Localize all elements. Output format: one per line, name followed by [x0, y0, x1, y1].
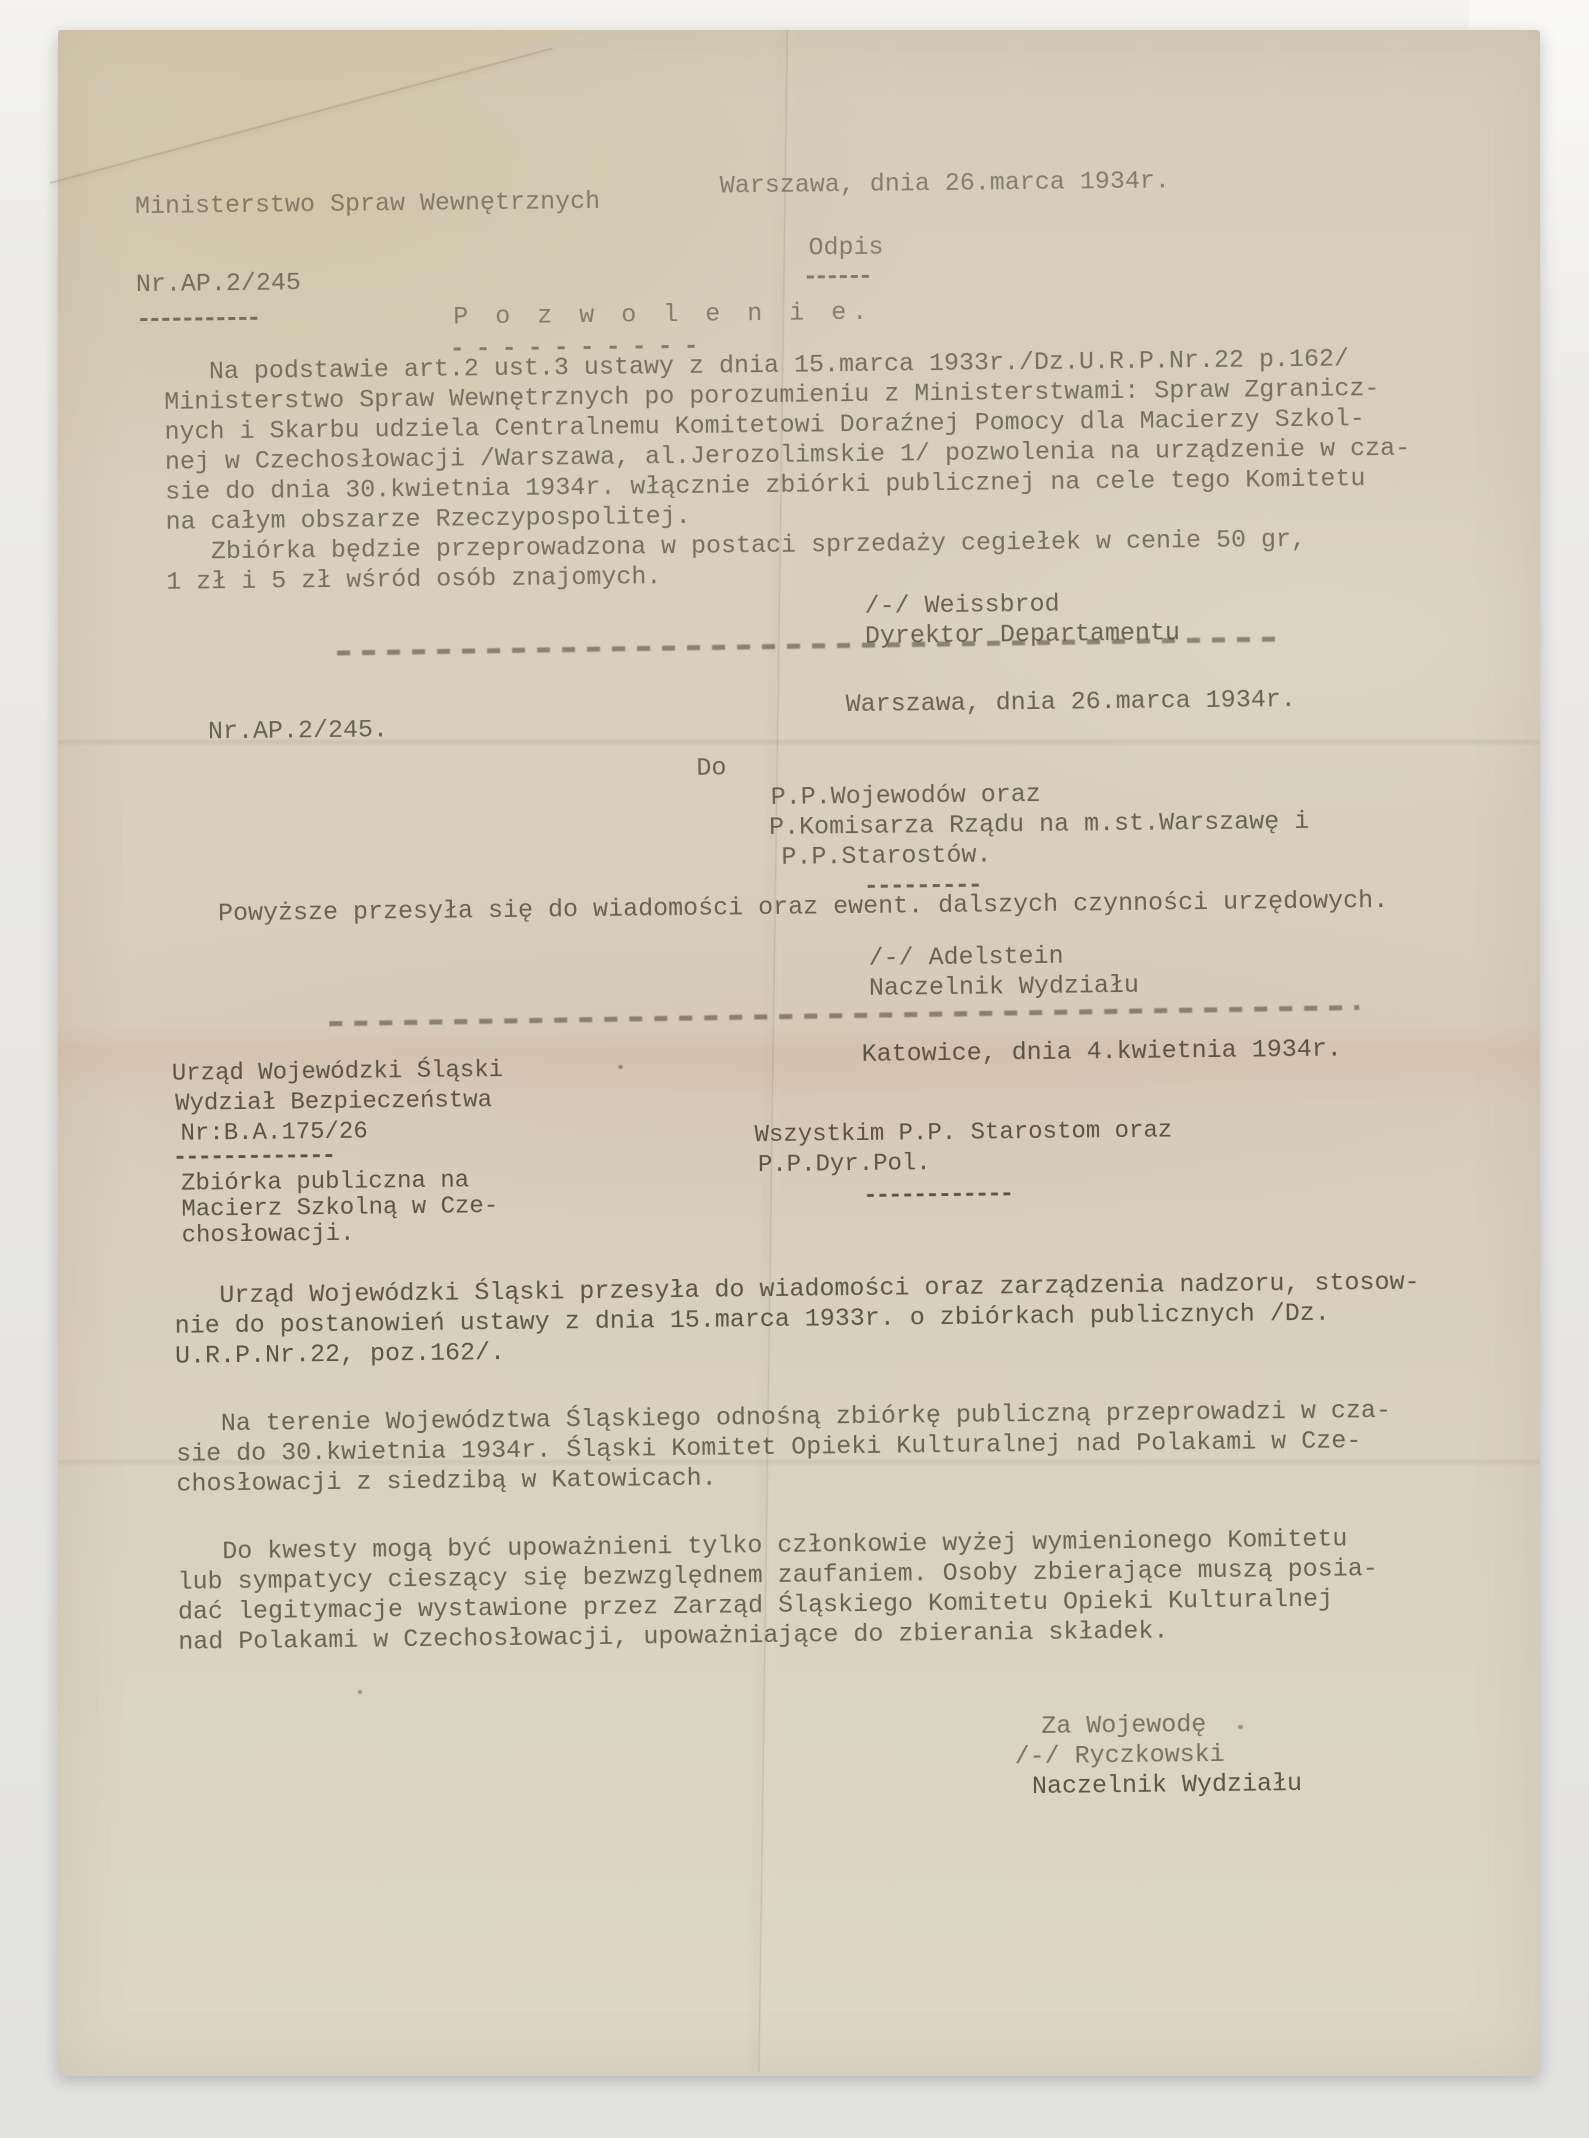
s1-ref-number: Nr.AP.2/245 [136, 269, 301, 300]
s1-ref-underline: ----------- [136, 305, 257, 335]
s2-signature-title: Naczelnik Wydziału [869, 972, 1139, 1004]
s1-signature: /-/ Weissbrod [864, 591, 1059, 622]
document-paper: Ministerstwo Spraw Wewnętrznych Warszawa… [58, 30, 1540, 2076]
s1-title: P o z w o l e n i e. [453, 299, 873, 333]
s1-copy-label: Odpis [808, 234, 883, 264]
s3-subject-line: Macierz Szkolną w Cze- [181, 1193, 498, 1224]
s2-recipient-line: P.Komisarza Rządu na m.st.Warszawę i [769, 808, 1309, 843]
s1-body-line: 1 zł i 5 zł wśród osób znajomych. [166, 563, 661, 597]
s2-salutation: Do [696, 754, 726, 783]
s1-copy-underline: ------ [803, 263, 869, 292]
s3-recipients-underline: ------------ [863, 1181, 1012, 1210]
s1-sender: Ministerstwo Spraw Wewnętrznych [135, 188, 600, 222]
s2-ref-number: Nr.AP.2/245. [208, 716, 388, 747]
s1-date: Warszawa, dnia 26.marca 1934r. [720, 167, 1170, 201]
s3-sender-underline: ------------- [173, 1143, 335, 1172]
s3-paragraph-line: chosłowacji z siedzibą w Katowicach. [176, 1465, 716, 1500]
s3-signature: /-/ Ryczkowski [1014, 1741, 1224, 1772]
s3-closing: Za Wojewodę [1041, 1711, 1206, 1742]
s3-recipient-line: P.P.Dyr.Pol. [758, 1150, 931, 1180]
s2-recipient-line: P.P.Starostów. [781, 841, 991, 872]
scan-background: Ministerstwo Spraw Wewnętrznych Warszawa… [0, 0, 1589, 2138]
s3-date: Katowice, dnia 4.kwietnia 1934r. [862, 1036, 1342, 1070]
s3-sender-line: Wydział Bezpieczeństwa [175, 1087, 492, 1118]
s3-recipient-line: Wszystkim P.P. Starostom oraz [754, 1117, 1172, 1149]
dashed-divider [329, 1005, 1359, 1026]
s3-signature-title: Naczelnik Wydziału [1032, 1770, 1302, 1802]
s2-recipient-line: P.P.Wojewodów oraz [771, 781, 1041, 813]
s3-subject-line: chosłowacji. [182, 1221, 355, 1251]
s2-date: Warszawa, dnia 26.marca 1934r. [846, 686, 1296, 720]
s2-body: Powyższe przesyła się do wiadomości oraz… [218, 887, 1388, 929]
s3-paragraph-line: U.R.P.Nr.22, poz.162/. [175, 1339, 505, 1371]
typed-content: Ministerstwo Spraw Wewnętrznych Warszawa… [58, 13, 1563, 2076]
s3-sender-line: Urząd Wojewódzki Śląski [172, 1057, 504, 1088]
s2-signature: /-/ Adelstein [868, 943, 1063, 974]
